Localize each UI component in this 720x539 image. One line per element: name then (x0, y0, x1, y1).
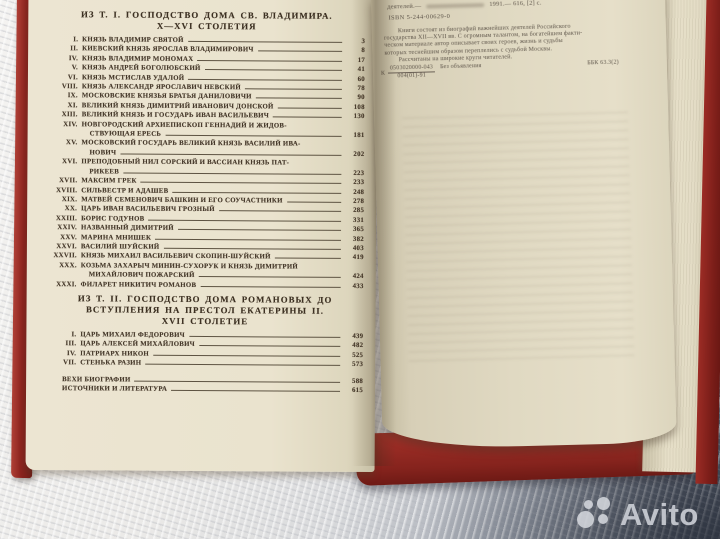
book-photo: ИЗ Т. I. ГОСПОДСТВО ДОМА СВ. ВЛАДИМИРА. … (0, 0, 720, 539)
toc-entry-page: 181 (345, 131, 365, 141)
toc-entry-page: 223 (344, 169, 364, 179)
bibliographic-line: деятелей.— 1991.— 616, [2] с. (387, 0, 633, 11)
imprint-prefix: К (381, 70, 385, 76)
toc-entry-number: VI. (48, 73, 82, 83)
toc-entry-number: I. (46, 330, 80, 340)
toc-entry: XVI.ПРЕПОДОБНЫЙ НИЛ СОРСКИЙ И ВАССИАН КН… (47, 157, 364, 178)
toc-leader-line (163, 248, 340, 250)
toc-leader-line (273, 117, 342, 118)
toc-leader-line (197, 60, 342, 62)
toc-leader-line (153, 354, 340, 356)
imprint-code-fraction: 0503020000-043 004(01)-91 (388, 64, 435, 80)
toc-entry: XXX.КОЗЬМА ЗАХАРЫЧ МИНИН-СУХОРУК И КНЯЗЬ… (47, 261, 364, 282)
toc-entry-number: XVI. (47, 157, 81, 167)
toc-leader-line (165, 135, 341, 137)
toc-entry-number: XXIII. (47, 214, 81, 224)
toc-entry-number: XIX. (47, 195, 81, 205)
toc-entry-page: 8 (345, 46, 365, 56)
toc-entry-number: IV. (48, 54, 82, 64)
bbk-code: ББК 63.3(2) (587, 60, 619, 67)
toc-entry-title: ПАТРИАРХ НИКОН (80, 349, 149, 359)
blurred-text-gap (426, 3, 484, 9)
section1-heading-line2: X—XVI СТОЛЕТИЯ (48, 20, 365, 33)
toc-entry-title-continued: СТВУЮЩАЯ ЕРЕСЬ (90, 129, 162, 139)
avito-watermark: Avito (575, 497, 699, 533)
avito-watermark-label: Avito (620, 497, 699, 533)
toc-leader-line (188, 41, 342, 43)
toc-entry-title: ВЕХИ БИОГРАФИИ (62, 375, 131, 385)
toc-entry-number: XVII. (47, 176, 81, 186)
toc-leader-line (245, 88, 342, 90)
toc-entry-number: XI. (48, 101, 82, 111)
toc-entry-number: XXVI. (47, 242, 81, 252)
toc-entry-title: ИСТОЧНИКИ И ЛИТЕРАТУРА (62, 384, 167, 394)
toc-leader-line (155, 238, 341, 240)
toc-entry-number: XVIII. (47, 186, 81, 196)
bibliographic-fragment-right: 1991.— 616, [2] с. (489, 0, 541, 8)
toc-entry-page: 403 (344, 244, 364, 254)
avito-logo-icon (575, 497, 613, 533)
toc-leader-line (188, 79, 342, 81)
toc-entry-number: XIV. (48, 120, 82, 130)
right-page: главнейших деятелей.— 1991.— 616, [2] с.… (371, 0, 677, 450)
toc-entry-number: XXX. (47, 261, 81, 271)
toc-entry-number: IX. (48, 91, 82, 101)
toc-entry-page: 285 (344, 206, 364, 216)
toc-entry-page: 60 (345, 74, 365, 84)
toc-leader-line (135, 380, 341, 382)
toc-leader-line (219, 210, 341, 212)
toc-entry: ИСТОЧНИКИ И ЛИТЕРАТУРА615 (46, 384, 363, 395)
imprint-page-content: главнейших деятелей.— 1991.— 616, [2] с.… (371, 0, 677, 450)
toc-entry-page: 108 (345, 103, 365, 113)
toc-leader-line (148, 219, 341, 221)
toc-entry-page: 41 (345, 65, 365, 75)
toc-entry-number: V. (48, 63, 82, 73)
toc-leader-line (123, 172, 341, 174)
toc-leader-line (275, 258, 341, 259)
toc-leader-line (200, 286, 340, 288)
toc-entry-page: 3 (345, 37, 365, 47)
toc-leader-line (278, 107, 342, 108)
toc-leader-line (189, 336, 340, 338)
toc-leader-line (199, 345, 340, 347)
toc-leader-line (287, 201, 342, 202)
isbn-line: ISBN 5-244-00629-0 (388, 13, 450, 22)
toc-entry-number: III. (46, 339, 80, 349)
toc-entry-number: XXVII. (47, 251, 81, 261)
toc-entry-page: 202 (344, 150, 364, 160)
toc-entry-number: IV. (46, 349, 80, 359)
toc-entry-page: 233 (344, 178, 364, 188)
toc-entry-page: 525 (343, 351, 363, 361)
toc-entry-page: 130 (345, 112, 365, 122)
toc-entry-page: 588 (343, 376, 363, 386)
toc-leader-line (205, 69, 342, 71)
toc-entry-number: XXV. (47, 233, 81, 243)
section1-entries: I.КНЯЗЬ ВЛАДИМИР СВЯТОЙ3 II.КИЕВСКИЙ КНЯ… (47, 35, 366, 291)
toc-entry-title: НАЗВАННЫЙ ДИМИТРИЙ (81, 223, 174, 233)
toc-entry-title: ВАСИЛИЙ ШУЙСКИЙ (81, 242, 160, 252)
toc-entry-page: 365 (344, 225, 364, 235)
page-show-through-texture (402, 111, 634, 367)
toc-entry-page: 382 (344, 234, 364, 244)
toc-entry-page: 17 (345, 56, 365, 66)
toc-leader-line (258, 51, 342, 53)
toc-entry: XXXI.ФИЛАРЕТ НИКИТИЧ РОМАНОВ433 (47, 280, 364, 291)
toc-entry-page: 482 (343, 341, 363, 351)
toc-entry-number: I. (48, 35, 82, 45)
toc-entry-title: БОРИС ГОДУНОВ (81, 214, 144, 224)
section2-entries: I.ЦАРЬ МИХАИЛ ФЕДОРОВИЧ439 III.ЦАРЬ АЛЕК… (46, 330, 363, 370)
toc-entry-page: 90 (345, 93, 365, 103)
annotation-paragraph: Книги состоят из биографий важнейших дея… (384, 23, 607, 65)
toc-entry-number: XX. (47, 204, 81, 214)
toc-leader-line (171, 390, 340, 392)
toc-entry-page: 424 (344, 272, 364, 282)
toc-leader-line (199, 276, 341, 278)
toc-entry-number: VII. (46, 358, 80, 368)
toc-entry-number: VIII. (48, 82, 82, 92)
toc-entry-number: II. (48, 44, 82, 54)
left-page: ИЗ Т. I. ГОСПОДСТВО ДОМА СВ. ВЛАДИМИРА. … (26, 0, 378, 472)
toc-entry-title-continued: РИКЕЕВ (89, 167, 119, 177)
toc-entry-page: 248 (344, 187, 364, 197)
toc-entry: XV.МОСКОВСКИЙ ГОСУДАРЬ ВЕЛИКИЙ КНЯЗЬ ВАС… (47, 139, 364, 160)
toc-entry-page: 78 (345, 84, 365, 94)
toc-entry-title: СТЕНЬКА РАЗИН (80, 358, 141, 368)
toc-entry-page: 331 (344, 216, 364, 226)
toc-leader-line (172, 191, 341, 193)
toc-entry: VII.СТЕНЬКА РАЗИН573 (46, 358, 363, 369)
toc-entry-number: XV. (48, 139, 82, 149)
toc-entry-number: XIII. (48, 110, 82, 120)
toc-entry-title: СИЛЬВЕСТР И АДАШЕВ (81, 186, 168, 196)
toc-entry: XIV.НОВГОРОДСКИЙ АРХИЕПИСКОП ГЕННАДИЙ И … (48, 120, 365, 141)
bibliographic-fragment-left: деятелей.— (387, 3, 421, 11)
toc-leader-line (256, 98, 342, 100)
tail-entries: ВЕХИ БИОГРАФИИ588 ИСТОЧНИКИ И ЛИТЕРАТУРА… (46, 375, 363, 396)
toc-entry-page: 433 (344, 281, 364, 291)
toc-entry-page: 615 (343, 386, 363, 396)
toc-leader-line (145, 364, 340, 366)
imprint-label: Без объявления (440, 63, 482, 70)
toc-entry-title: ФИЛАРЕТ НИКИТИЧ РОМАНОВ (81, 280, 197, 290)
toc-entry-number: XXXI. (47, 280, 81, 290)
toc-leader-line (120, 153, 341, 155)
toc-entry-title: МАРИНА МНИШЕК (81, 233, 151, 243)
toc-entry-title: МАКСИМ ГРЕК (81, 176, 136, 186)
imprint-code-denominator: 004(01)-91 (388, 72, 435, 80)
toc-entry-page: 419 (344, 253, 364, 263)
table-of-contents: ИЗ Т. I. ГОСПОДСТВО ДОМА СВ. ВЛАДИМИРА. … (26, 0, 378, 472)
toc-entry-page: 573 (343, 360, 363, 370)
toc-entry-number: XXIV. (47, 223, 81, 233)
toc-leader-line (141, 182, 342, 184)
toc-leader-line (178, 229, 341, 231)
toc-entry-page: 278 (344, 197, 364, 207)
toc-entry-title-continued: НОВИЧ (89, 148, 116, 158)
section2-heading-line3: XVII СТОЛЕТИЕ (46, 315, 363, 328)
toc-entry-page: 439 (343, 332, 363, 342)
